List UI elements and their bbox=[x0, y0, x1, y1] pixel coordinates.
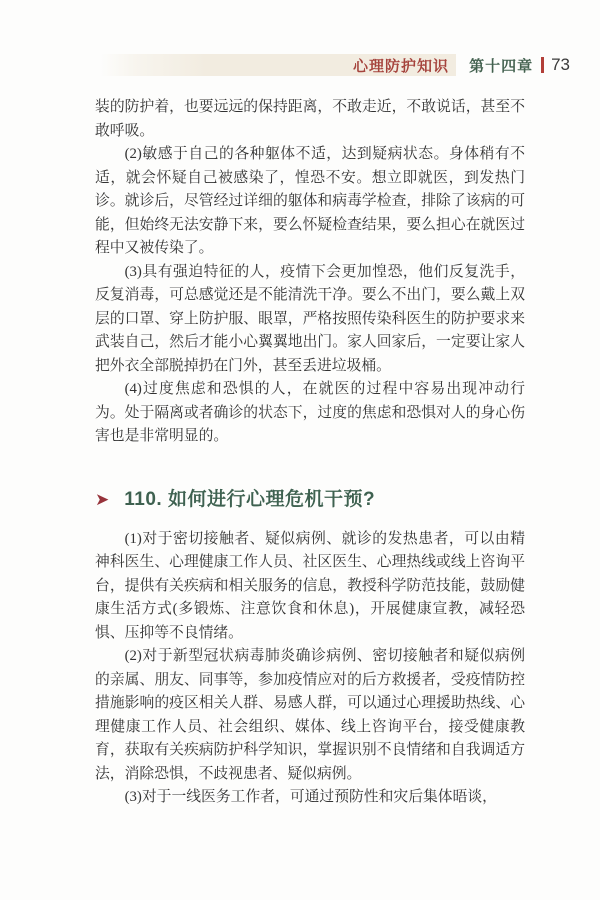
page-number-divider bbox=[541, 57, 544, 73]
paragraph-item-4: (4)过度焦虑和恐惧的人，在就医的过程中容易出现冲动行为。处于隔离或者确诊的状态… bbox=[95, 378, 525, 449]
paragraph-item-3: (3)具有强迫特征的人，疫情下会更加惶恐，他们反复洗手，反复消毒，可总感觉还是不… bbox=[95, 261, 525, 379]
running-head: 心理防护知识 第十四章 73 bbox=[100, 53, 570, 77]
section-heading: ➤ 110. 如何进行心理危机干预? bbox=[95, 487, 525, 513]
running-head-strip: 心理防护知识 bbox=[100, 54, 456, 76]
arrow-bullet-icon: ➤ bbox=[95, 487, 109, 513]
running-head-title: 心理防护知识 bbox=[353, 55, 449, 76]
running-head-chapter: 第十四章 bbox=[469, 55, 533, 76]
paragraph-item-2: (2)敏感于自己的各种躯体不适，达到疑病状态。身体稍有不适，就会怀疑自己被感染了… bbox=[95, 143, 525, 261]
page-content: 装的防护着，也要远远的保持距离，不敢走近，不敢说话，甚至不敢呼吸。 (2)敏感于… bbox=[95, 96, 525, 810]
section-paragraph-2: (2)对于新型冠状病毒肺炎确诊病例、密切接触者和疑似病例的亲属、朋友、同事等，参… bbox=[95, 645, 525, 786]
section-paragraph-1: (1)对于密切接触者、疑似病例、就诊的发热患者，可以由精神科医生、心理健康工作人… bbox=[95, 528, 525, 646]
book-page: 心理防护知识 第十四章 73 装的防护着，也要远远的保持距离，不敢走近，不敢说话… bbox=[0, 0, 600, 900]
page-number: 73 bbox=[551, 55, 570, 75]
section-paragraph-3: (3)对于一线医务工作者，可通过预防性和灾后集体晤谈， bbox=[95, 786, 525, 810]
section-heading-text: 110. 如何进行心理危机干预? bbox=[124, 487, 375, 513]
paragraph-continuation: 装的防护着，也要远远的保持距离，不敢走近，不敢说话，甚至不敢呼吸。 bbox=[95, 96, 525, 143]
